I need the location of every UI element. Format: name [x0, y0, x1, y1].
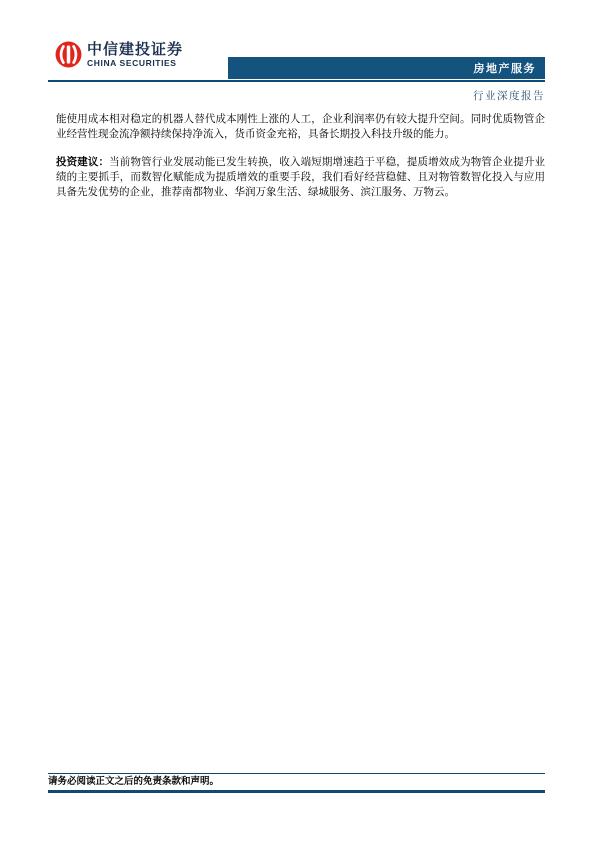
report-page: 中信建投证券 CHINA SECURITIES 房地产服务 行业深度报告 能使用…: [0, 0, 595, 842]
company-name: 中信建投证券 CHINA SECURITIES: [87, 41, 183, 68]
company-name-en: CHINA SECURITIES: [87, 58, 183, 68]
footer-disclaimer: 请务必阅读正文之后的免责条款和声明。: [48, 776, 545, 788]
paragraph-2-lead: 投资建议：: [56, 157, 109, 168]
report-body: 能使用成本相对稳定的机器人替代成本刚性上涨的人工，企业利润率仍有较大提升空间。同…: [56, 112, 545, 200]
industry-banner: 房地产服务: [228, 57, 545, 79]
paragraph-2-text: 当前物管行业发展动能已发生转换，收入端短期增速趋于平稳，提质增效成为物管企业提升…: [56, 157, 545, 198]
report-type-label: 行业深度报告: [473, 88, 545, 103]
citic-circle-logo-icon: [55, 41, 82, 68]
paragraph-1: 能使用成本相对稳定的机器人替代成本刚性上涨的人工，企业利润率仍有较大提升空间。同…: [56, 112, 545, 142]
company-name-cn: 中信建投证券: [87, 41, 183, 58]
footer-divider-thin: [48, 773, 545, 774]
company-logo: 中信建投证券 CHINA SECURITIES: [55, 41, 183, 68]
industry-banner-label: 房地产服务: [474, 60, 537, 76]
footer-divider-thick: [48, 790, 545, 793]
header-divider: [48, 80, 545, 82]
paragraph-2: 投资建议：当前物管行业发展动能已发生转换，收入端短期增速趋于平稳，提质增效成为物…: [56, 155, 545, 200]
